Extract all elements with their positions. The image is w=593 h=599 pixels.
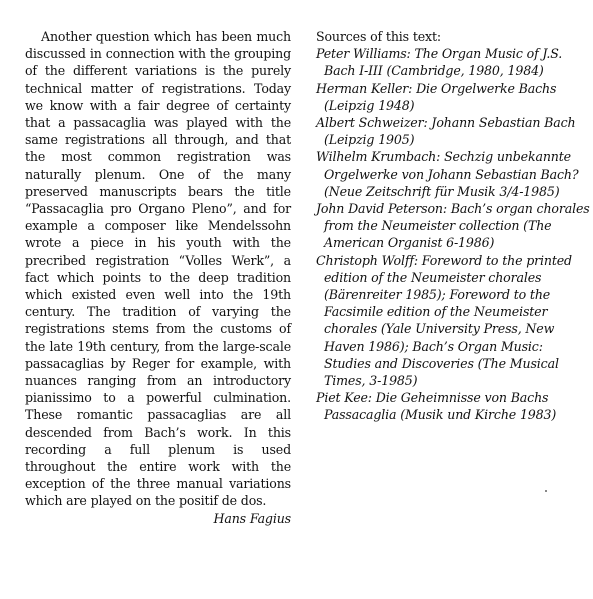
- sources-heading: Sources of this text:: [316, 28, 591, 45]
- source-item: Wilhelm Krumbach: Sechzig unbekannte Org…: [316, 148, 591, 200]
- source-item: John David Peterson: Bach’s organ choral…: [316, 200, 591, 252]
- sources-list: Peter Williams: The Organ Music of J.S. …: [316, 45, 591, 423]
- essay-paragraph: Another question which has been much dis…: [25, 28, 291, 510]
- source-item: Christoph Wolff: Foreword to the printed…: [316, 252, 591, 390]
- sources-column: Sources of this text: Peter Williams: Th…: [316, 28, 591, 424]
- source-item: Piet Kee: Die Geheimnisse von Bachs Pass…: [316, 389, 591, 423]
- essay-column: Another question which has been much dis…: [25, 28, 291, 527]
- scan-artifact-dot: [545, 490, 547, 492]
- source-item: Albert Schweizer: Johann Sebastian Bach …: [316, 114, 591, 148]
- source-item: Peter Williams: The Organ Music of J.S. …: [316, 45, 591, 79]
- source-item: Herman Keller: Die Orgelwerke Bachs (Lei…: [316, 80, 591, 114]
- author-signature: Hans Fagius: [25, 510, 291, 527]
